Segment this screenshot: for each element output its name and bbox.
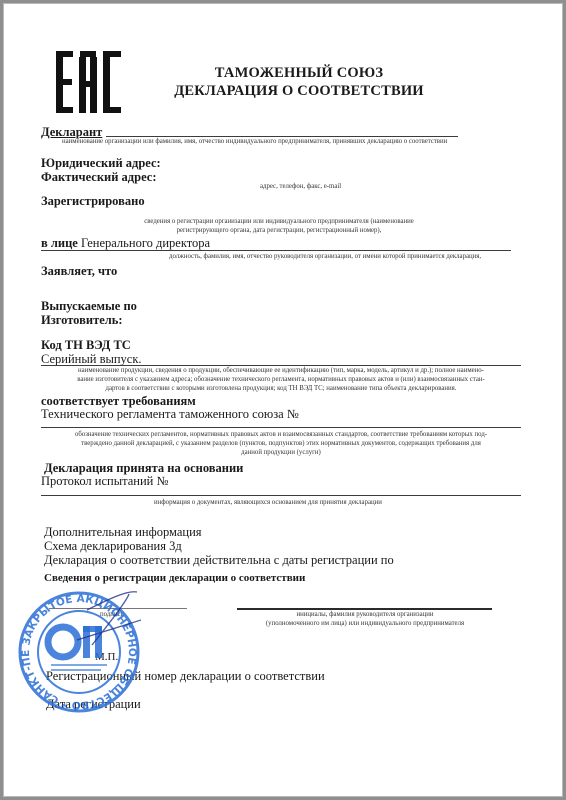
basis-value: Протокол испытаний № [41,474,168,489]
title-line-2: ДЕКЛАРАЦИЯ О СООТВЕТСТВИИ [154,82,444,100]
actual-address-label: Фактический адрес: [41,170,157,185]
conforms-caption: обозначение технических регламентов, нор… [41,430,521,457]
registered-caption: сведения о регистрации организации или и… [64,217,494,235]
conforms-value: Технического регламента таможенного союз… [41,407,299,422]
title-line-1: ТАМОЖЕННЫЙ СОЮЗ [154,64,444,82]
basis-caption: информация о документах, являющихся осно… [154,499,382,506]
person-line [41,250,511,251]
person-label: в лице [41,236,78,250]
person-row: в лице Генерального директора [41,236,210,251]
person-value: Генерального директора [81,236,210,250]
manufacturer-label: Изготовитель: [41,313,123,328]
serial-caption: наименование продукции, сведения о проду… [41,366,521,393]
company-stamp-icon: ЗАКРЫТОЕ АКЦИОНЕРНОЕ ОБЩЕСТВО * САНКТ-ПЕ… [17,590,141,714]
additional-info: Дополнительная информация [44,525,202,540]
declares-label: Заявляет, что [41,264,117,279]
declarant-line [106,136,458,137]
declarant-caption: наименование организации или фамилия, им… [62,138,447,145]
declaration-scheme: Схема декларирования 3д [44,539,182,554]
declaration-page: ТАМОЖЕННЫЙ СОЮЗ ДЕКЛАРАЦИЯ О СООТВЕТСТВИ… [3,3,563,797]
eac-mark-icon [56,51,122,113]
legal-address-label: Юридический адрес: [41,156,161,171]
registered-label: Зарегистрировано [41,194,145,209]
produced-label: Выпускаемые по [41,299,137,314]
validity-text: Декларация о соответствии действительна … [44,553,394,568]
registration-info-label: Сведения о регистрации декларации о соот… [44,572,305,584]
name-caption: инициалы, фамилия руководителя организац… [234,610,496,628]
code-label: Код ТН ВЭД ТС [41,338,131,353]
person-caption: должность, фамилия, имя, отчество руково… [169,253,481,260]
document-title: ТАМОЖЕННЫЙ СОЮЗ ДЕКЛАРАЦИЯ О СООТВЕТСТВИ… [154,64,444,100]
basis-line [41,495,521,496]
conforms-line [41,427,521,428]
actual-address-caption: адрес, телефон, факс, e-mail [260,183,341,190]
